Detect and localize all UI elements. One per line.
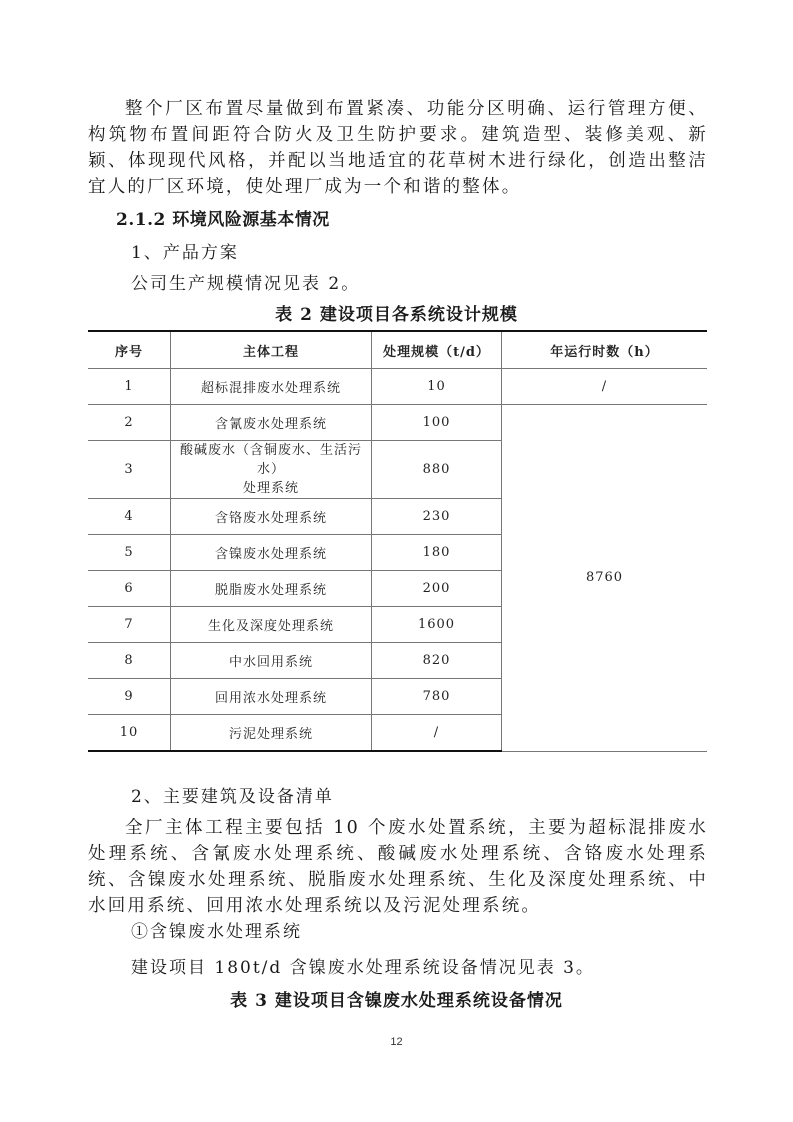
subsection-product-plan: 1、产品方案 xyxy=(131,238,239,263)
cell-hours: / xyxy=(502,369,708,405)
cell-no: 10 xyxy=(88,715,171,752)
cell-name-line1: 酸碱废水（含铜废水、生活污水） xyxy=(180,443,362,477)
page-number: 12 xyxy=(0,1036,793,1048)
subsection-buildings-equipment: 2、主要建筑及设备清单 xyxy=(131,782,334,807)
header-no: 序号 xyxy=(88,331,171,369)
production-scale-text: 公司生产规模情况见表 2。 xyxy=(131,269,360,294)
table2-caption: 表 2 建设项目各系统设计规模 xyxy=(0,300,793,325)
table3-caption: 表 3 建设项目含镍废水处理系统设备情况 xyxy=(0,986,793,1011)
cell-no: 3 xyxy=(88,441,171,499)
cell-no: 2 xyxy=(88,405,171,441)
cell-scale: 230 xyxy=(372,499,502,535)
cell-scale: 10 xyxy=(372,369,502,405)
cell-no: 8 xyxy=(88,643,171,679)
cell-scale: 180 xyxy=(372,535,502,571)
cell-scale: 880 xyxy=(372,441,502,499)
cell-name: 超标混排废水处理系统 xyxy=(171,369,372,405)
section-heading: 2.1.2 环境风险源基本情况 xyxy=(116,205,330,230)
header-scale: 处理规模（t/d） xyxy=(372,331,502,369)
cell-name-line2: 处理系统 xyxy=(243,481,299,496)
header-annual-hours: 年运行时数（h） xyxy=(502,331,708,369)
cell-no: 1 xyxy=(88,369,171,405)
cell-no: 5 xyxy=(88,535,171,571)
table-row: 1 超标混排废水处理系统 10 / xyxy=(88,369,707,405)
table2-design-scale: 序号 主体工程 处理规模（t/d） 年运行时数（h） 1 超标混排废水处理系统 … xyxy=(88,330,707,752)
cell-no: 7 xyxy=(88,607,171,643)
cell-name: 生化及深度处理系统 xyxy=(171,607,372,643)
systems-paragraph: 全厂主体工程主要包括 10 个废水处置系统，主要为超标混排废水处理系统、含氰废水… xyxy=(88,815,708,919)
cell-scale: 780 xyxy=(372,679,502,715)
cell-name: 污泥处理系统 xyxy=(171,715,372,752)
cell-scale: 100 xyxy=(372,405,502,441)
cell-name: 含铬废水处理系统 xyxy=(171,499,372,535)
cell-name: 酸碱废水（含铜废水、生活污水）处理系统 xyxy=(171,441,372,499)
cell-name: 含镍废水处理系统 xyxy=(171,535,372,571)
cell-no: 4 xyxy=(88,499,171,535)
cell-name: 回用浓水处理系统 xyxy=(171,679,372,715)
cell-scale: 820 xyxy=(372,643,502,679)
cell-no: 6 xyxy=(88,571,171,607)
cell-hours-merged: 8760 xyxy=(502,405,708,752)
cell-scale: / xyxy=(372,715,502,752)
cell-name: 脱脂废水处理系统 xyxy=(171,571,372,607)
cell-name: 中水回用系统 xyxy=(171,643,372,679)
header-main-project: 主体工程 xyxy=(171,331,372,369)
cell-no: 9 xyxy=(88,679,171,715)
table-row: 2 含氰废水处理系统 100 8760 xyxy=(88,405,707,441)
cell-scale: 200 xyxy=(372,571,502,607)
cell-scale: 1600 xyxy=(372,607,502,643)
intro-paragraph: 整个厂区布置尽量做到布置紧凑、功能分区明确、运行管理方便、构筑物布置间距符合防火… xyxy=(88,96,708,200)
cell-name: 含氰废水处理系统 xyxy=(171,405,372,441)
item-nickel-system: ①含镍废水处理系统 xyxy=(131,917,302,942)
table-header-row: 序号 主体工程 处理规模（t/d） 年运行时数（h） xyxy=(88,331,707,369)
nickel-system-text: 建设项目 180t/d 含镍废水处理系统设备情况见表 3。 xyxy=(131,953,595,978)
